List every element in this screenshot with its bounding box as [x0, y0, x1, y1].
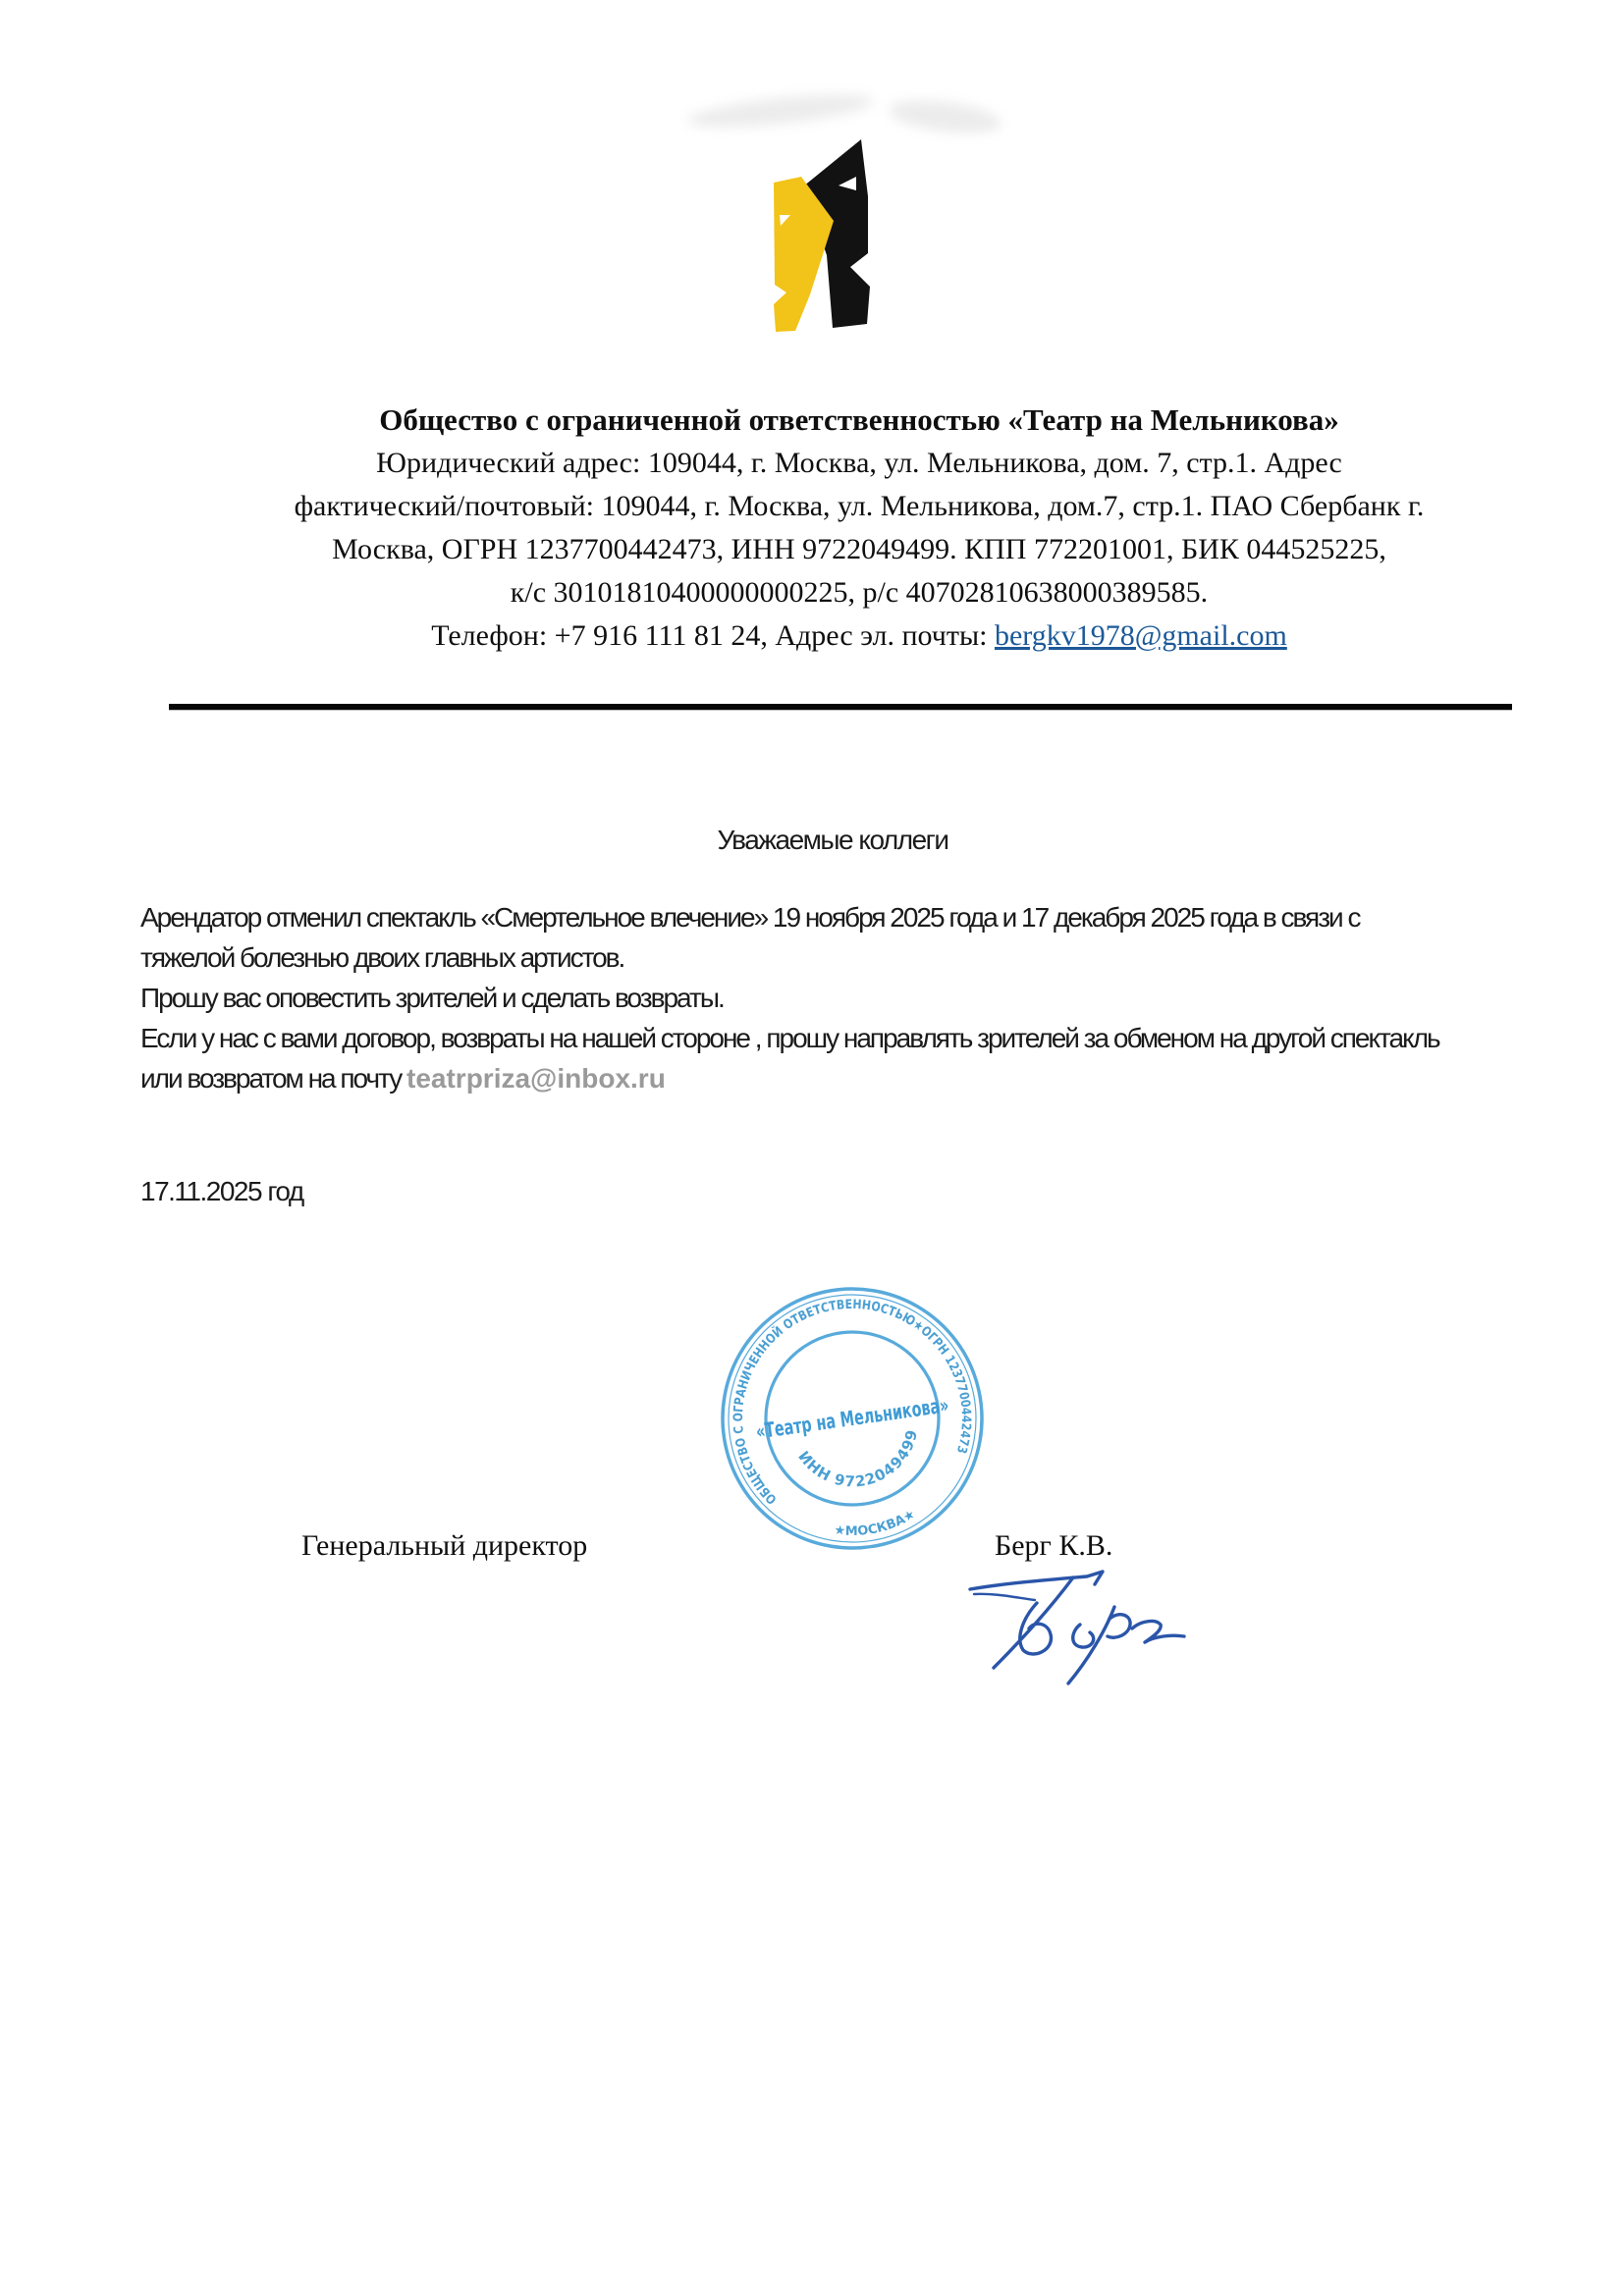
director-signature [954, 1564, 1200, 1706]
watermark-smudge [686, 88, 875, 133]
body-paragraph-3-text: Если у нас с вами договор, возвраты на н… [140, 1023, 1439, 1094]
divider-rule [169, 704, 1512, 710]
address-line-2: фактический/почтовый: 109044, г. Москва,… [147, 485, 1571, 528]
body-paragraph-2: Прошу вас оповестить зрителей и сделать … [140, 978, 1448, 1018]
company-name: Общество с ограниченной ответственностью… [147, 399, 1571, 442]
body-paragraph-1: Арендатор отменил спектакль «Смертельное… [140, 897, 1448, 978]
header-email-link[interactable]: bergkv1978@gmail.com [995, 619, 1287, 652]
director-name: Берг К.В. [995, 1529, 1112, 1563]
contact-prefix: Телефон: +7 916 111 81 24, Адрес эл. поч… [431, 619, 995, 652]
letter-body: Арендатор отменил спектакль «Смертельное… [140, 897, 1448, 1098]
theater-logo [766, 135, 874, 337]
address-line-1: Юридический адрес: 109044, г. Москва, ул… [147, 442, 1571, 485]
watermark-smudge [888, 95, 1003, 138]
address-line-4: к/с 30101810400000000225, р/с 4070281063… [147, 571, 1571, 614]
address-line-3: Москва, ОГРН 1237700442473, ИНН 97220494… [147, 528, 1571, 571]
director-title: Генеральный директор [301, 1529, 587, 1563]
stamp-center-text: «Театр на Мельникова» [754, 1393, 949, 1443]
stamp-inn-text: ИНН 9722049499 [793, 1424, 931, 1503]
contact-line: Телефон: +7 916 111 81 24, Адрес эл. поч… [147, 614, 1571, 658]
letterhead: Общество с ограниченной ответственностью… [147, 399, 1571, 658]
svg-text:ИНН 9722049499: ИНН 9722049499 [793, 1424, 931, 1503]
inline-email-muted[interactable]: teatrpriza@inbox.ru [406, 1063, 666, 1094]
letter-page: Общество с ограниченной ответственностью… [0, 0, 1624, 2296]
letter-date: 17.11.2025 год [140, 1176, 303, 1207]
company-stamp: ОБЩЕСТВО С ОГРАНИЧЕННОЙ ОТВЕТСТВЕННОСТЬЮ… [715, 1281, 990, 1556]
salutation: Уважаемые коллеги [140, 825, 1525, 856]
body-paragraph-3: Если у нас с вами договор, возвраты на н… [140, 1018, 1448, 1098]
